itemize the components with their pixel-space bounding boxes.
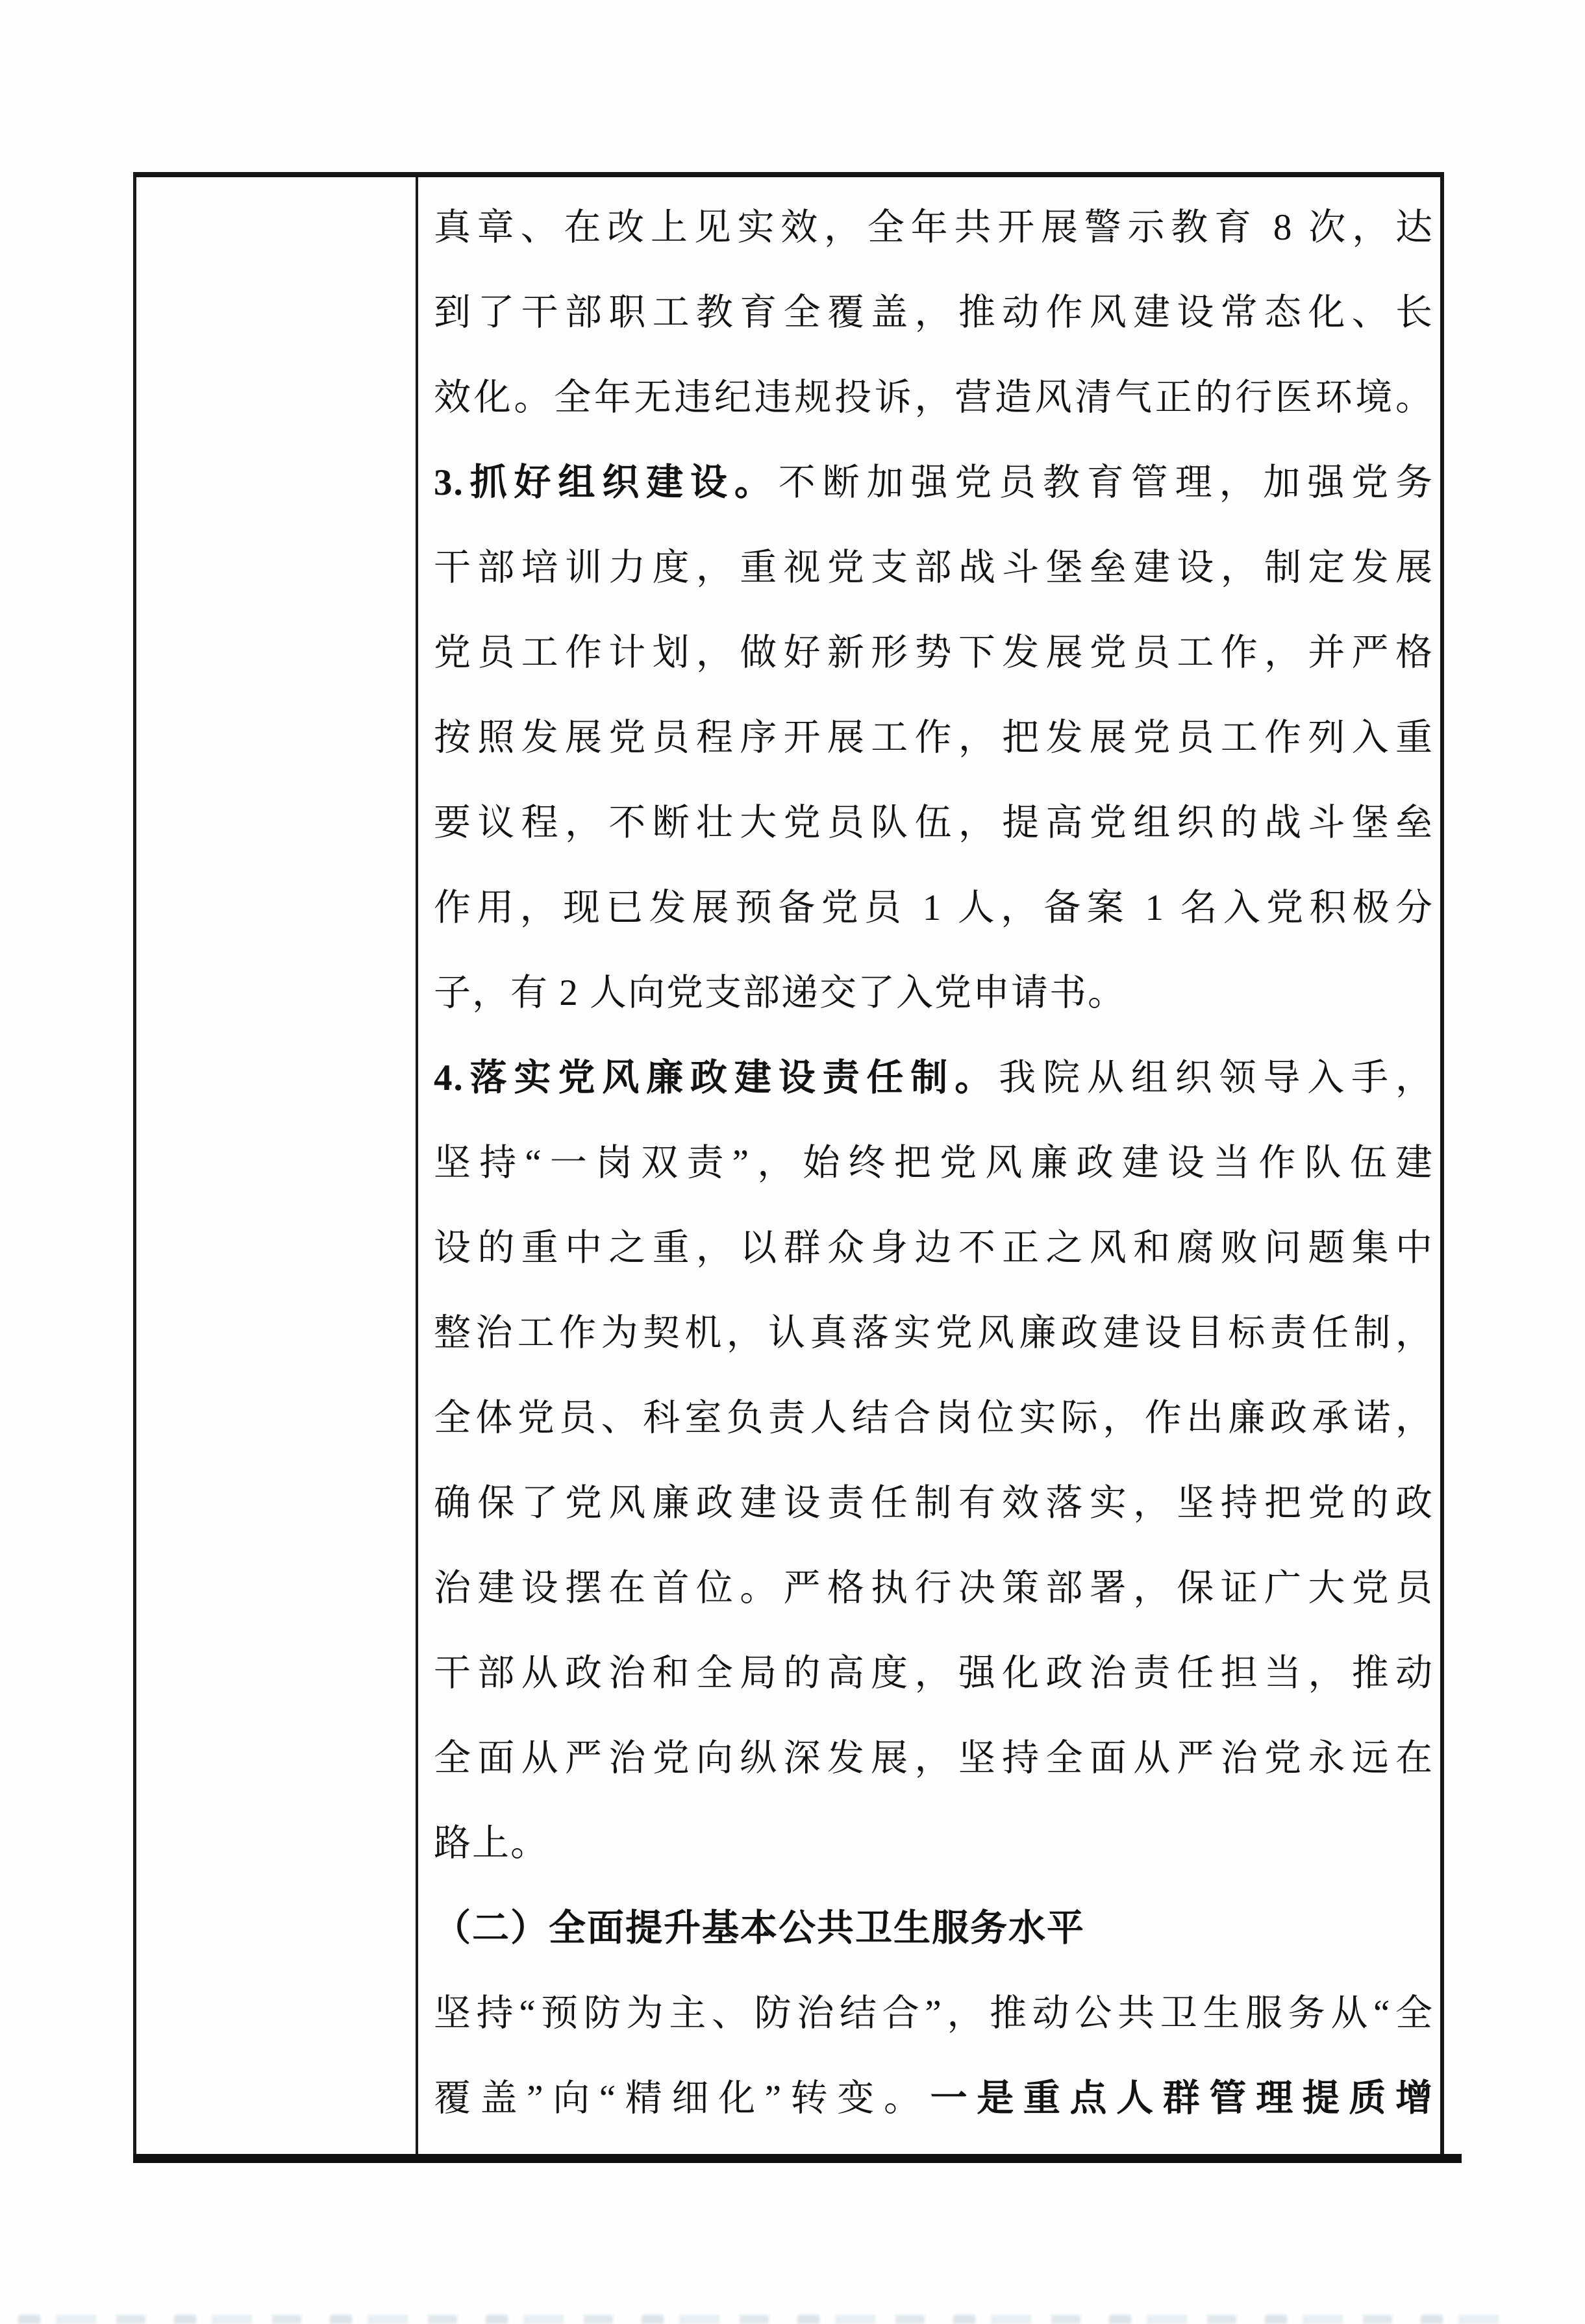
text-segment: 路上。 [434, 1823, 549, 1864]
scanned-document-page: 真章、在改上见实效，全年共开展警示教育 8 次，达到了干部职工教育全覆盖，推动作… [0, 0, 1585, 2324]
text-line: 到了干部职工教育全覆盖，推动作风建设常态化、长 [434, 270, 1434, 355]
text-segment: 按照发展党员程序开展工作，把发展党员工作列入重 [434, 717, 1434, 758]
text-segment: 真章、在改上见实效，全年共开展警示教育 8 次，达 [434, 207, 1434, 248]
content-column: 真章、在改上见实效，全年共开展警示教育 8 次，达到了干部职工教育全覆盖，推动作… [418, 177, 1440, 2163]
text-segment: 4.落实党风廉政建设责任制。 [434, 1057, 999, 1098]
text-line: （二）全面提升基本公共卫生服务水平 [434, 1886, 1434, 1971]
text-segment: 党员工作计划，做好新形势下发展党员工作，并严格 [434, 632, 1434, 673]
text-line: 干部从政治和全局的高度，强化政治责任担当，推动 [434, 1631, 1434, 1716]
text-line: 全面从严治党向纵深发展，坚持全面从严治党永远在 [434, 1716, 1434, 1801]
text-line: 子，有 2 人向党支部递交了入党申请书。 [434, 950, 1434, 1035]
text-segment: 坚持“一岗双责”，始终把党风廉政建设当作队伍建 [434, 1143, 1434, 1183]
text-line: 按照发展党员程序开展工作，把发展党员工作列入重 [434, 695, 1434, 780]
text-segment: 整治工作为契机，认真落实党风廉政建设目标责任制， [434, 1313, 1434, 1354]
text-segment: （二）全面提升基本公共卫生服务水平 [434, 1908, 1085, 1949]
text-line: 作用，现已发展预备党员 1 人，备案 1 名入党积极分 [434, 865, 1434, 950]
text-line: 治建设摆在首位。严格执行决策部署，保证广大党员 [434, 1546, 1434, 1631]
text-segment: 一是重点人群管理提质增 [930, 2078, 1434, 2119]
text-segment: 坚持“预防为主、防治结合”，推动公共卫生服务从“全 [434, 1993, 1434, 2034]
report-table: 真章、在改上见实效，全年共开展警示教育 8 次，达到了干部职工教育全覆盖，推动作… [133, 172, 1444, 2163]
text-line: 整治工作为契机，认真落实党风廉政建设目标责任制， [434, 1291, 1434, 1376]
text-line: 覆盖”向“精细化”转变。一是重点人群管理提质增 [434, 2056, 1434, 2141]
text-segment: 到了干部职工教育全覆盖，推动作风建设常态化、长 [434, 292, 1434, 333]
table-bottom-border [133, 2154, 1462, 2163]
text-segment: 不断加强党员教育管理，加强党务 [779, 462, 1434, 503]
text-line: 确保了党风廉政建设责任制有效落实，坚持把党的政 [434, 1461, 1434, 1546]
text-line: 3.抓好组织建设。不断加强党员教育管理，加强党务 [434, 440, 1434, 525]
text-segment: 全体党员、科室负责人结合岗位实际，作出廉政承诺， [434, 1398, 1434, 1439]
text-line: 路上。 [434, 1801, 1434, 1886]
text-segment: 覆盖”向“精细化”转变。 [434, 2078, 930, 2119]
text-segment: 确保了党风廉政建设责任制有效落实，坚持把党的政 [434, 1483, 1434, 1524]
text-segment: 全面从严治党向纵深发展，坚持全面从严治党永远在 [434, 1738, 1434, 1779]
text-line: 坚持“预防为主、防治结合”，推动公共卫生服务从“全 [434, 1971, 1434, 2056]
text-segment: 干部培训力度，重视党支部战斗堡垒建设，制定发展 [434, 547, 1434, 588]
text-segment: 设的重中之重，以群众身边不正之风和腐败问题集中 [434, 1228, 1434, 1268]
text-segment: 3.抓好组织建设。 [434, 462, 779, 503]
text-segment: 我院从组织领导入手， [999, 1057, 1434, 1098]
text-segment: 作用，现已发展预备党员 1 人，备案 1 名入党积极分 [434, 887, 1434, 928]
text-segment: 治建设摆在首位。严格执行决策部署，保证广大党员 [434, 1568, 1434, 1609]
text-line: 干部培训力度，重视党支部战斗堡垒建设，制定发展 [434, 525, 1434, 610]
text-line: 设的重中之重，以群众身边不正之风和腐败问题集中 [434, 1205, 1434, 1291]
text-line: 党员工作计划，做好新形势下发展党员工作，并严格 [434, 610, 1434, 695]
text-line: 全体党员、科室负责人结合岗位实际，作出廉政承诺， [434, 1376, 1434, 1461]
text-segment: 要议程，不断壮大党员队伍，提高党组织的战斗堡垒 [434, 802, 1434, 843]
table-left-header-column [136, 177, 418, 2163]
text-segment: 效化。全年无违纪违规投诉，营造风清气正的行医环境。 [434, 377, 1434, 418]
text-segment: 子，有 2 人向党支部递交了入党申请书。 [434, 972, 1126, 1013]
text-line: 效化。全年无违纪违规投诉，营造风清气正的行医环境。 [434, 355, 1434, 440]
text-segment: 干部从政治和全局的高度，强化政治责任担当，推动 [434, 1653, 1434, 1694]
text-line: 真章、在改上见实效，全年共开展警示教育 8 次，达 [434, 185, 1434, 270]
text-line: 要议程，不断壮大党员队伍，提高党组织的战斗堡垒 [434, 780, 1434, 865]
text-line: 坚持“一岗双责”，始终把党风廉政建设当作队伍建 [434, 1120, 1434, 1205]
scan-bleed-artifact [18, 2315, 1505, 2324]
text-line: 4.落实党风廉政建设责任制。我院从组织领导入手， [434, 1035, 1434, 1120]
